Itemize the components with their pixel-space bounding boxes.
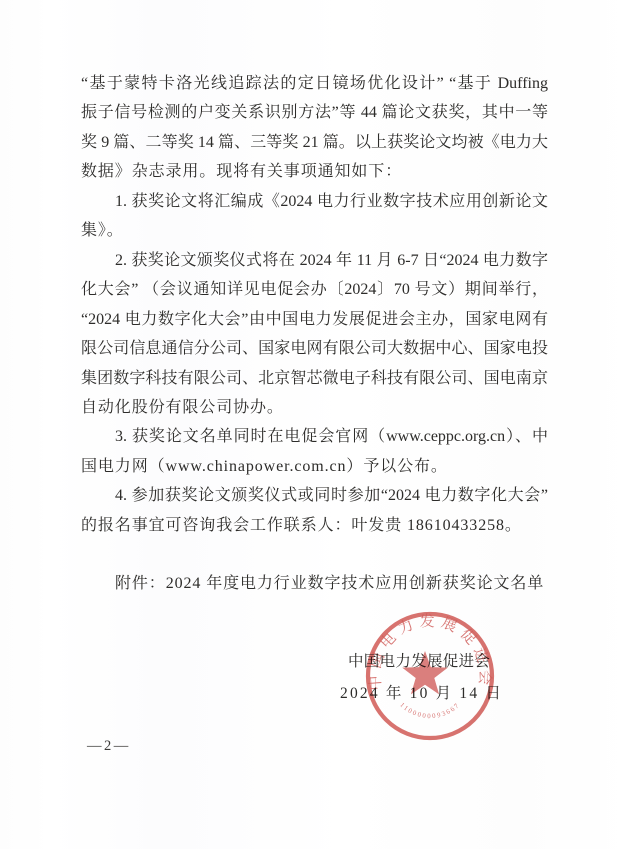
- body-line: 1. 获奖论文将汇编成《2024 电力行业数字技术应用创新论文: [81, 187, 548, 216]
- body-text-block: “基于蒙特卡洛光线追踪法的定日镜场优化设计” “基于 Duffing 振子信号检…: [81, 69, 548, 540]
- body-line: 奖 9 篇、二等奖 14 篇、三等奖 21 篇。以上获奖论文均被《电力大: [81, 128, 548, 157]
- page-number: —2—: [87, 738, 131, 755]
- body-line: 4. 参加获奖论文颁奖仪式或同时参加“2024 电力数字化大会”: [81, 481, 548, 510]
- body-line: 自动化股份有限公司协办。: [81, 393, 548, 422]
- seal-serial-number: 1100000093667: [398, 702, 461, 721]
- body-line: 化大会” （会议通知详见电促会办〔2024〕70 号文）期间举行，: [81, 275, 548, 304]
- official-seal-stamp: 中国电力发展促进会 1100000093667: [358, 604, 502, 748]
- body-line: 振子信号检测的户变关系识别方法”等 44 篇论文获奖，其中一等: [81, 98, 548, 127]
- body-line: 数据》杂志录用。现将有关事项通知如下：: [81, 157, 548, 186]
- body-line: 限公司信息通信分公司、国家电网有限公司大数据中心、国家电投: [81, 334, 548, 363]
- body-line: 集》。: [81, 216, 548, 245]
- body-line: 国电力网（www.chinapower.com.cn）予以公布。: [81, 452, 548, 481]
- seal-star-icon: [402, 651, 448, 694]
- body-line: 的报名事宜可咨询我会工作联系人：叶发贵 18610433258。: [81, 511, 548, 540]
- attachment-line: 附件：2024 年度电力行业数字技术应用创新获奖论文名单: [81, 570, 591, 593]
- body-line: “2024 电力数字化大会”由中国电力发展促进会主办，国家电网有: [81, 305, 548, 334]
- document-page: “基于蒙特卡洛光线追踪法的定日镜场优化设计” “基于 Duffing 振子信号检…: [0, 0, 633, 849]
- body-line: “基于蒙特卡洛光线追踪法的定日镜场优化设计” “基于 Duffing: [81, 69, 548, 98]
- body-line: 3. 获奖论文名单同时在电促会官网（www.ceppc.org.cn）、中: [81, 422, 548, 451]
- svg-text:1100000093667: 1100000093667: [398, 702, 461, 721]
- body-line: 集团数字科技有限公司、北京智芯微电子科技有限公司、国电南京: [81, 364, 548, 393]
- body-line: 2. 获奖论文颁奖仪式将在 2024 年 11 月 6-7 日“2024 电力数…: [81, 246, 548, 275]
